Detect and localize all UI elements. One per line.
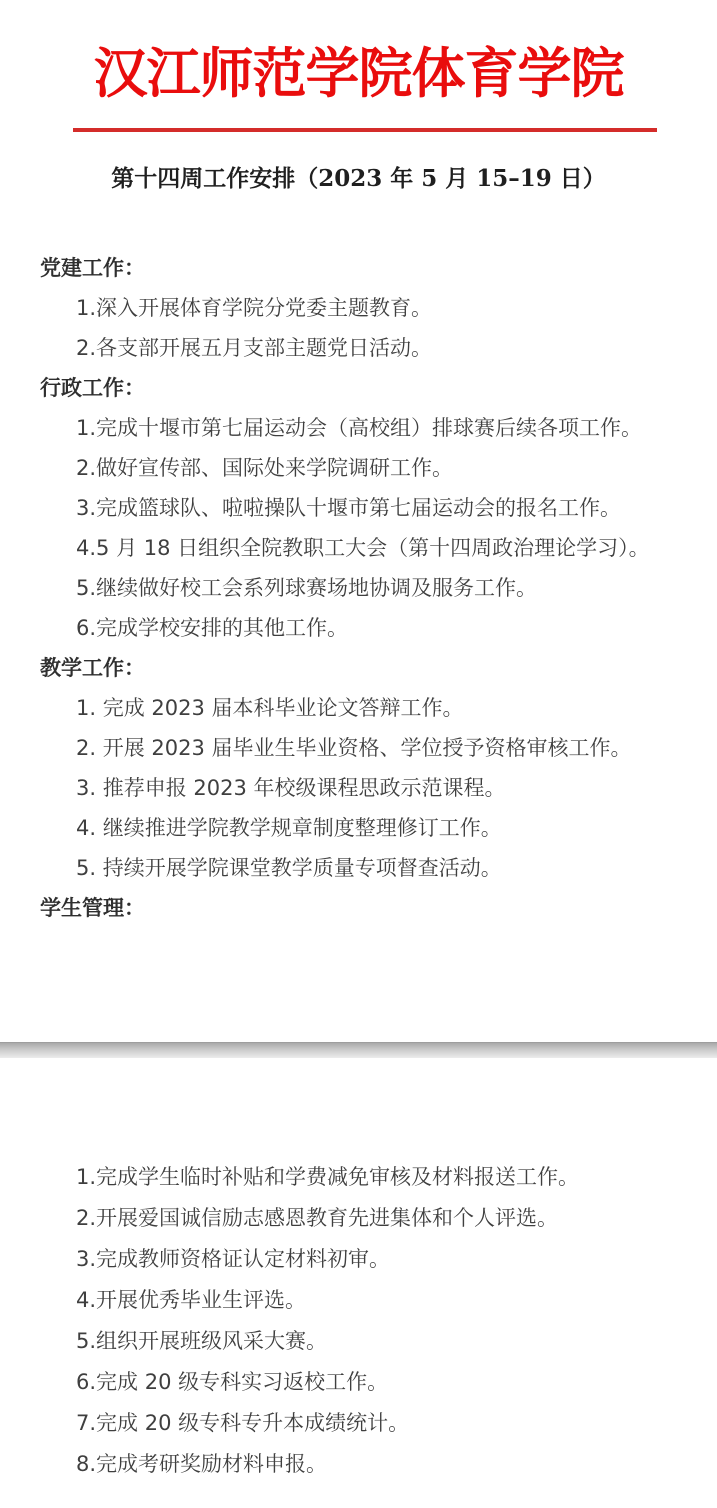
work-item: 1.完成学生临时补贴和学费减免审核及材料报送工作。 [40,1157,697,1198]
work-item: 3. 推荐申报 2023 年校级课程思政示范课程。 [40,768,697,808]
work-item: 6.完成学校安排的其他工作。 [40,608,697,648]
section-heading: 行政工作： [40,368,697,408]
work-item: 3.完成篮球队、啦啦操队十堰市第七届运动会的报名工作。 [40,488,697,528]
work-item: 5.继续做好校工会系列球赛场地协调及服务工作。 [40,568,697,608]
page1-content: 党建工作：1.深入开展体育学院分党委主题教育。2.各支部开展五月支部主题党日活动… [40,248,697,928]
work-item: 1.完成十堰市第七届运动会（高校组）排球赛后续各项工作。 [40,408,697,448]
work-item: 5.组织开展班级风采大赛。 [40,1321,697,1362]
title-divider [73,128,657,132]
work-item: 2.各支部开展五月支部主题党日活动。 [40,328,697,368]
work-item: 4.5 月 18 日组织全院教职工大会（第十四周政治理论学习）。 [40,528,697,568]
work-item: 7.完成 20 级专科专升本成绩统计。 [40,1403,697,1444]
work-item: 2. 开展 2023 届毕业生毕业资格、学位授予资格审核工作。 [40,728,697,768]
work-item: 6.完成 20 级专科实习返校工作。 [40,1362,697,1403]
work-item: 1. 完成 2023 届本科毕业论文答辩工作。 [40,688,697,728]
work-item: 8.完成考研奖励材料申报。 [40,1444,697,1485]
page2-content: 1.完成学生临时补贴和学费减免审核及材料报送工作。2.开展爱国诚信励志感恩教育先… [40,1157,697,1485]
doc-title: 汉江师范学院体育学院 [0,40,717,106]
work-item: 5. 持续开展学院课堂教学质量专项督查活动。 [40,848,697,888]
work-item: 2.做好宣传部、国际处来学院调研工作。 [40,448,697,488]
section-heading: 学生管理： [40,888,697,928]
section-heading: 教学工作： [40,648,697,688]
work-item: 4. 继续推进学院教学规章制度整理修订工作。 [40,808,697,848]
document: 汉江师范学院体育学院 第十四周工作安排（2023 年 5 月 15–19 日） … [0,0,717,1508]
work-item: 1.深入开展体育学院分党委主题教育。 [40,288,697,328]
doc-subtitle: 第十四周工作安排（2023 年 5 月 15–19 日） [0,162,717,196]
work-item: 3.完成教师资格证认定材料初审。 [40,1239,697,1280]
work-item: 4.开展优秀毕业生评选。 [40,1280,697,1321]
section-heading: 党建工作： [40,248,697,288]
page-separator [0,1042,717,1058]
work-item: 2.开展爱国诚信励志感恩教育先进集体和个人评选。 [40,1198,697,1239]
